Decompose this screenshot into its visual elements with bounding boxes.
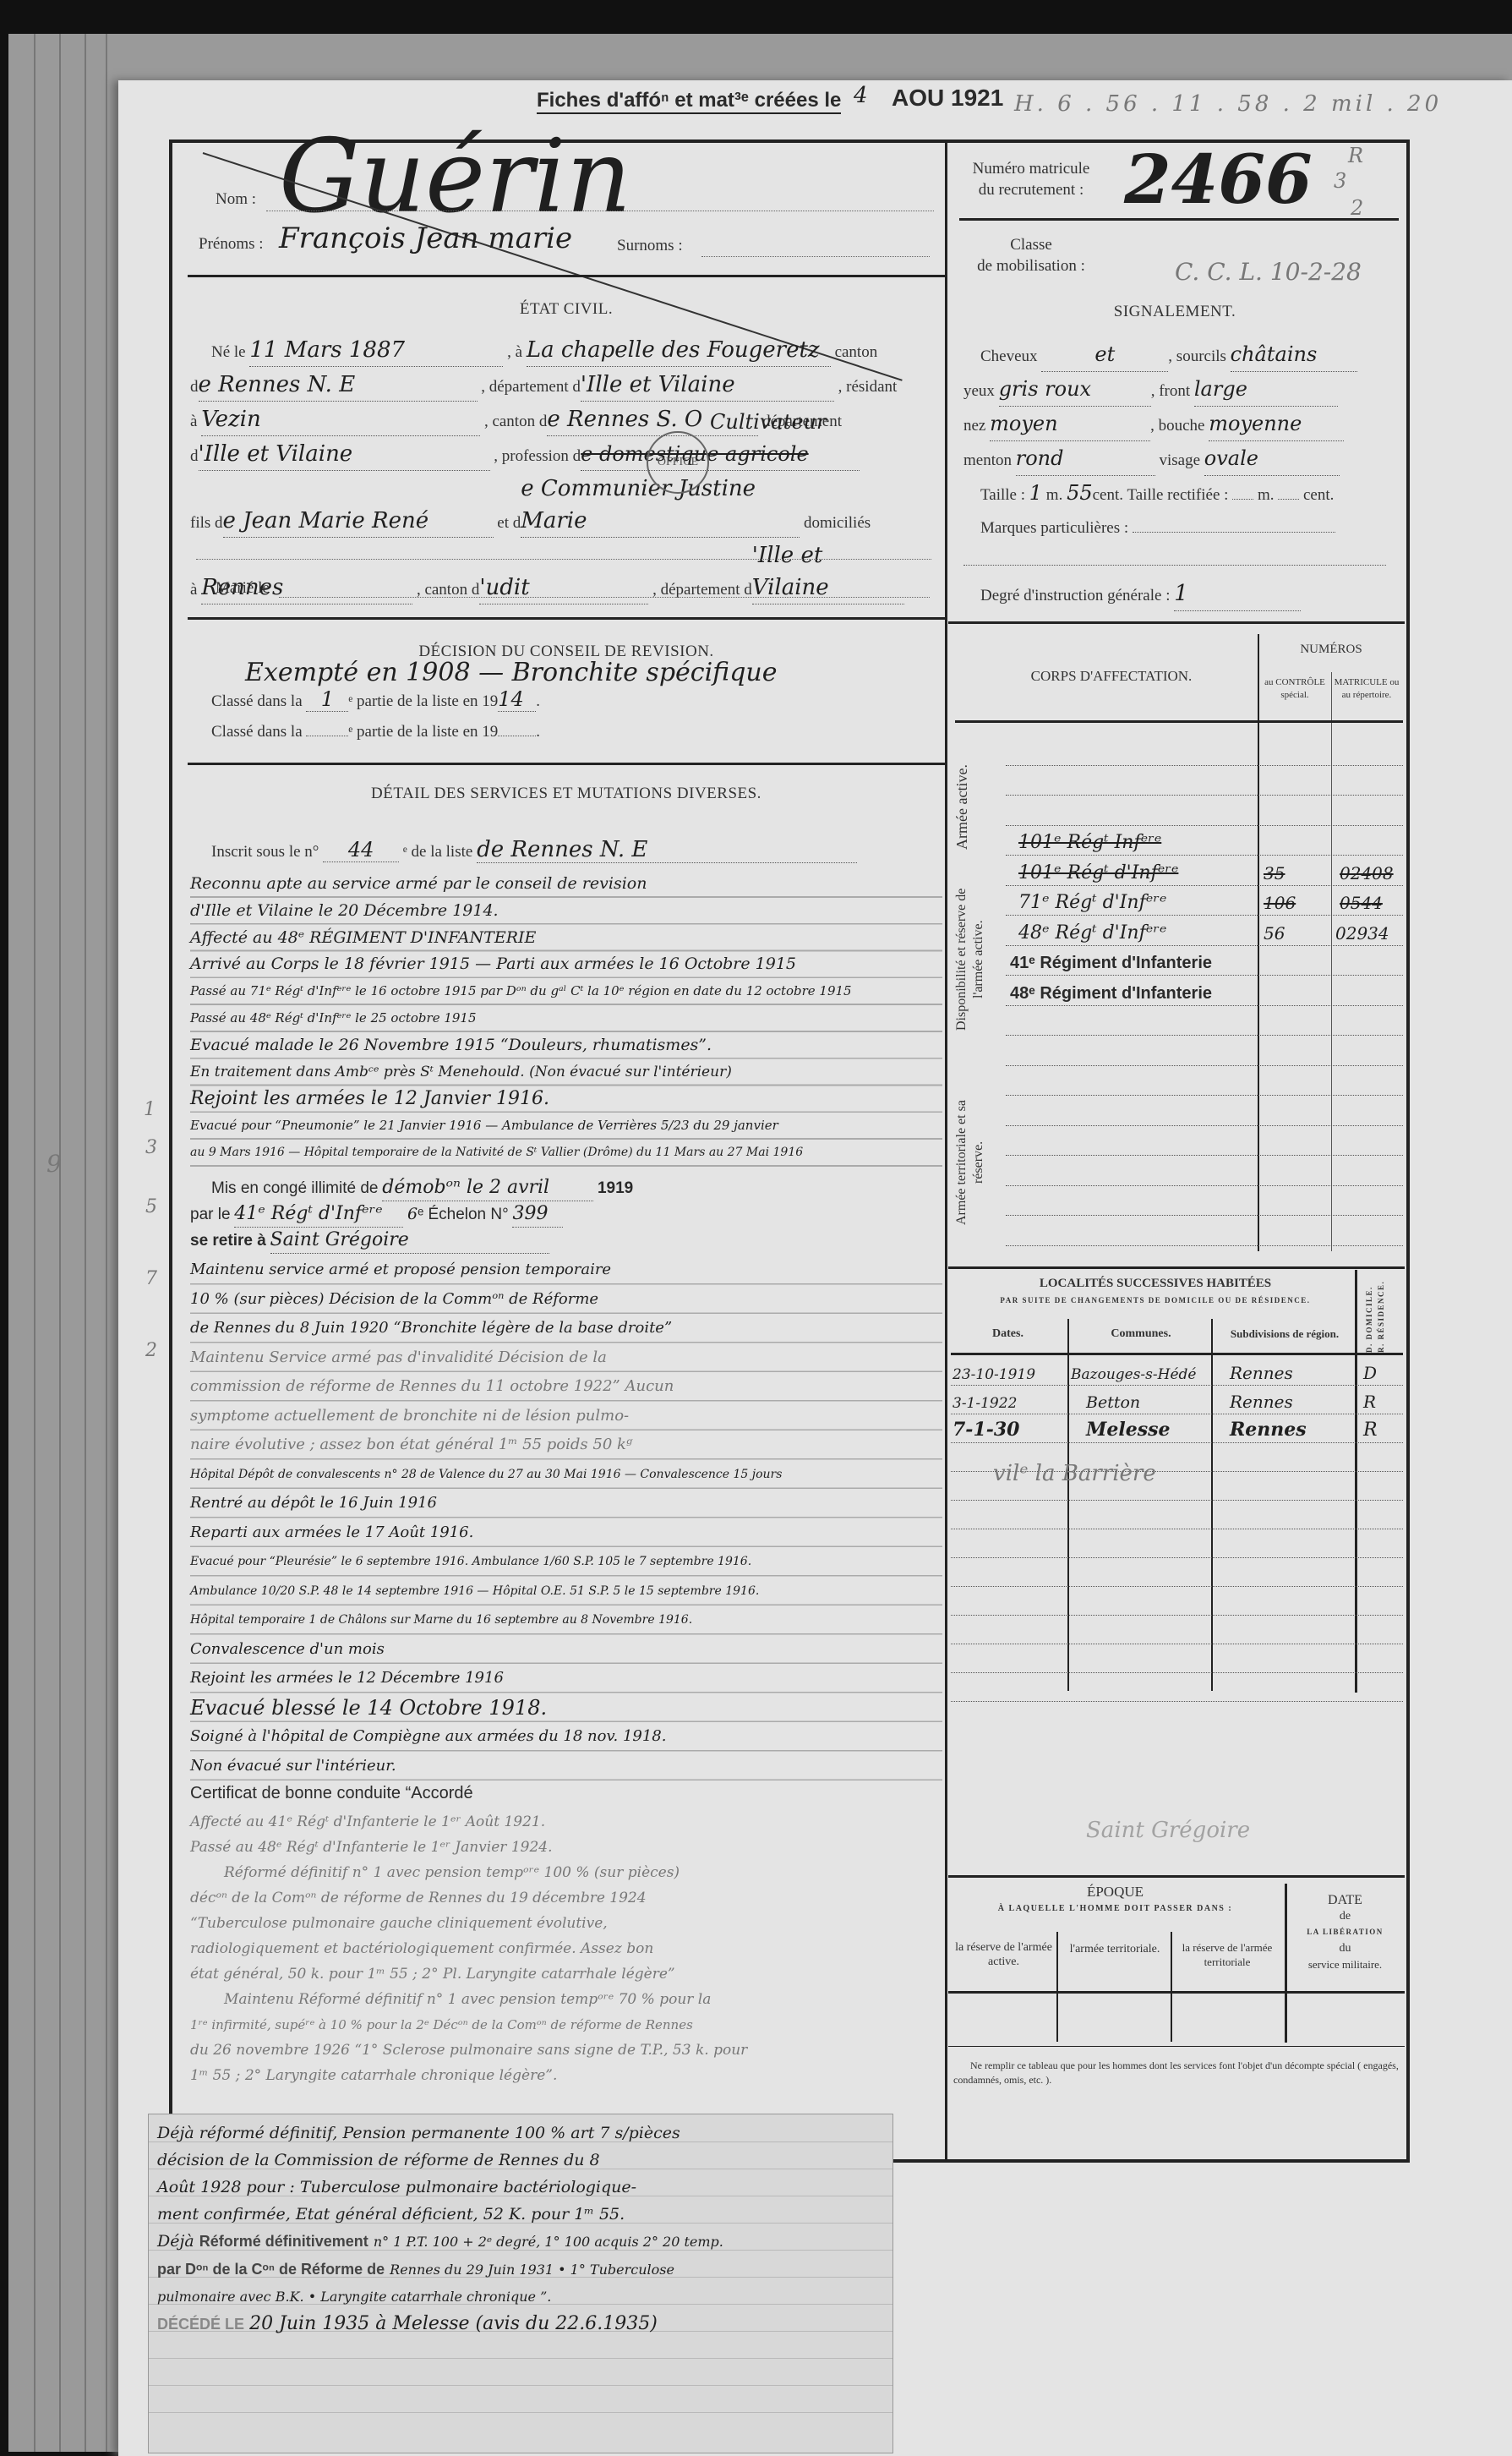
matricule-rule xyxy=(959,218,1399,221)
matricule-label-2: du recrutement : xyxy=(955,180,1107,201)
echelon-value: 399 xyxy=(512,1201,563,1228)
slip-line: Août 1928 pour : Tuberculose pulmonaire … xyxy=(157,2174,884,2201)
echelon-label: ᵉ Échelon N° xyxy=(418,1206,509,1223)
service-entry: Soigné à l'hôpital de Compiègne aux armé… xyxy=(190,1722,942,1752)
pere: e Jean Marie René xyxy=(223,505,494,538)
localite-dr: D xyxy=(1363,1363,1377,1383)
etat-civil-bottom-rule xyxy=(188,617,945,620)
classe-label: Classe de mobilisation : xyxy=(955,235,1107,276)
signalement-title: SIGNALEMENT. xyxy=(947,303,1403,321)
classe1-year: 14 xyxy=(498,687,536,712)
pasted-slip: Déjà réformé définitif, Pension permanen… xyxy=(148,2114,893,2453)
fiches-stamp-label: Fiches d'affóⁿ et mat³ᵉ créées le xyxy=(537,89,841,112)
inscrit-row: Inscrit sous le n° 44 ᵉ de la liste de R… xyxy=(211,837,857,863)
localite-subdivision: Rennes xyxy=(1230,1419,1307,1441)
margin-note: 1 xyxy=(144,1099,156,1120)
corps-row: 101ᵉ Régᵗ Infᵉʳᵉ xyxy=(1006,826,1403,856)
localites-bottom-rule xyxy=(948,1875,1405,1878)
degre-instruction: 1 xyxy=(1174,577,1301,611)
service-entry: Rejoint les armées le 12 Décembre 1916 xyxy=(190,1664,942,1693)
fiches-stamp-date: AOU 1921 xyxy=(892,85,1003,112)
corps-row xyxy=(1006,766,1403,796)
marques-label: Marques particulières : xyxy=(980,519,1128,537)
slip-decede-label: DÉCÉDÉ LE xyxy=(157,2316,244,2333)
service-entry: “Tuberculose pulmonaire gauche cliniquem… xyxy=(190,1911,942,1936)
localite-date: 23-10-1919 xyxy=(953,1366,1035,1383)
front-label: , front xyxy=(1151,382,1190,400)
localites-rows: 23-10-1919Bazouges-s-HédéRennesD 3-1-192… xyxy=(951,1357,1403,1702)
sourcils: châtains xyxy=(1231,338,1357,372)
taille-rect-m-label: m. xyxy=(1258,486,1275,504)
col-dates: Dates. xyxy=(951,1327,1065,1341)
surnoms-line xyxy=(701,255,930,257)
corps-row-empty xyxy=(1006,1096,1403,1126)
residence: Vezin xyxy=(201,403,480,436)
localites-subtitle: PAR SUITE DE CHANGEMENTS DE DOMICILE OU … xyxy=(948,1296,1362,1305)
classe1-label: Classé dans la xyxy=(211,692,303,710)
corps-row xyxy=(1006,736,1403,766)
corps-controle: 106 xyxy=(1264,893,1296,913)
inscrit-label: Inscrit sous le n° xyxy=(211,843,319,861)
visage: ovale xyxy=(1204,442,1340,476)
epoque-header-rule xyxy=(948,1991,1405,1994)
date-liberation-header: DATE de LA LIBÉRATION du service militai… xyxy=(1287,1892,1403,1972)
residence-departement: 'Ille et Vilaine xyxy=(199,438,490,471)
corps-name: 41ᵉ Régiment d'Infanterie xyxy=(1010,954,1212,973)
service-entry: Convalescence d'un mois xyxy=(190,1635,942,1665)
conge-block: Mis en congé illimité de démobᵒⁿ le 2 av… xyxy=(190,1175,942,1254)
service-entry: Maintenu Réformé définitif n° 1 avec pen… xyxy=(190,1987,942,2012)
service-entry: Reconnu apte au service armé par le cons… xyxy=(190,871,942,898)
service-entry: Reparti aux armées le 17 Août 1916. xyxy=(190,1518,942,1548)
domicilies-label: domiciliés xyxy=(804,514,871,532)
retire-value: Saint Grégoire xyxy=(270,1228,549,1254)
localite-row-empty xyxy=(951,1501,1403,1529)
classe2-mid: ᵉ partie de la liste en 19 xyxy=(348,723,498,741)
col-domicile-residence: D. DOMICILE. R. RÉSIDENCE. xyxy=(1363,1277,1397,1353)
matricule-label-1: Numéro matricule xyxy=(955,159,1107,180)
service-entry: Evacué malade le 26 Novembre 1915 “Doule… xyxy=(190,1032,942,1059)
corps-row-empty xyxy=(1006,1006,1403,1037)
corps-row: 48ᵉ Régiment d'Infanterie xyxy=(1006,976,1403,1006)
taille-rect-cent-label: cent. xyxy=(1303,486,1334,504)
service-entry: Passé au 48ᵉ Régᵗ d'Infanterie le 1ᵉʳ Ja… xyxy=(190,1835,942,1860)
taille-rect-label: Taille rectifiée : xyxy=(1127,486,1228,504)
localite-row: 23-10-1919Bazouges-s-HédéRennesD xyxy=(951,1357,1403,1386)
corps-name: 48ᵉ Régᵗ d'Infᵉʳᵉ xyxy=(1018,922,1166,944)
taille-m: 1 xyxy=(1029,481,1042,505)
classe2-label: Classé dans la xyxy=(211,723,303,741)
domicile-departement: 'Ille et Vilaine xyxy=(752,539,904,604)
service-entry: Passé au 71ᵉ Régᵗ d'Infᵉʳᵉ le 16 octobre… xyxy=(190,978,942,1005)
signalement-block: Cheveux et, sourcils châtains yeux gris … xyxy=(963,338,1403,612)
corps-matricule: 02934 xyxy=(1335,923,1389,944)
canton-label: canton xyxy=(835,343,878,361)
classe1-partie: 1 xyxy=(306,687,348,712)
localite-row: vilᵉ la Barrière xyxy=(951,1443,1403,1472)
menton: rond xyxy=(1016,442,1155,476)
signalement-bottom-rule xyxy=(948,621,1405,624)
date-sub1: de xyxy=(1287,1908,1403,1924)
slip-deja: Déjà xyxy=(157,2232,194,2251)
matricule-annotation-bottom: 2 xyxy=(1351,196,1363,220)
margin-note: 3 xyxy=(145,1137,157,1158)
corps-name: 101ᵉ Régᵗ d'Infᵉʳᵉ xyxy=(1018,862,1178,883)
slip-stamp-commission: par Dᵒⁿ de la Cᵒⁿ de Réforme de xyxy=(157,2261,385,2278)
slip-line: Déjà Réformé définitivement n° 1 P.T. 10… xyxy=(157,2228,884,2256)
date-title: DATE xyxy=(1287,1892,1403,1908)
taille-cent-label: cent. xyxy=(1093,486,1123,504)
localite-row: 7-1-30MelesseRennesR xyxy=(951,1414,1403,1443)
slip-line: par Dᵒⁿ de la Cᵒⁿ de Réforme de Rennes d… xyxy=(157,2256,884,2284)
cheveux-label: Cheveux xyxy=(980,347,1038,365)
localite-row-empty xyxy=(951,1558,1403,1587)
col-matricule: MATRICULE ou au répertoire. xyxy=(1333,676,1400,702)
prenoms-label: Prénoms : xyxy=(199,235,264,254)
marie-line xyxy=(279,596,930,598)
classe1-row: Classé dans la 1ᵉ partie de la liste en … xyxy=(211,687,540,712)
service-entry: état général, 50 k. pour 1ᵐ 55 ; 2° Pl. … xyxy=(190,1961,942,1987)
liste-label: ᵉ de la liste xyxy=(403,843,472,861)
corps-row-empty xyxy=(1006,1066,1403,1097)
domicile-canton: 'udit xyxy=(479,572,648,604)
localite-row-empty xyxy=(951,1587,1403,1616)
service-entry: Affecté au 48ᵉ RÉGIMENT D'INFANTERIE xyxy=(190,925,942,952)
service-entry: En traitement dans Ambᶜᵉ près Sᵗ Menehou… xyxy=(190,1059,942,1086)
slip-line: pulmonaire avec B.K. • Laryngite catarrh… xyxy=(157,2284,884,2311)
menton-label: menton xyxy=(963,451,1012,469)
date-sub2: LA LIBÉRATION xyxy=(1287,1924,1403,1940)
et-de-label: et d xyxy=(497,514,521,532)
slip-line: ment confirmée, Etat général déficient, … xyxy=(157,2201,884,2228)
service-entry: Rejoint les armées le 12 Janvier 1916. xyxy=(190,1086,942,1113)
service-entry: Hôpital Dépôt de convalescents n° 28 de … xyxy=(190,1460,942,1490)
fiches-stamp-day: 4 xyxy=(854,83,868,108)
par-le-value: 41ᵉ Régᵗ d'Infᵉʳᵉ xyxy=(234,1201,403,1228)
localite-row: 3-1-1922BettonRennesR xyxy=(951,1386,1403,1414)
certificat-bonne-conduite: Certificat de bonne conduite “Accordé xyxy=(190,1784,473,1803)
localite-date: 3-1-1922 xyxy=(953,1395,1017,1412)
localite-dr: R xyxy=(1363,1392,1376,1412)
corps-name: 101ᵉ Régᵗ Infᵉʳᵉ xyxy=(1018,832,1161,853)
cheveux: et xyxy=(1041,338,1168,372)
service-entry: symptome actuellement de bronchite ni de… xyxy=(190,1402,942,1431)
conge-year: 1919 xyxy=(598,1179,633,1197)
service-entry: Evacué pour “Pneumonie” le 21 Janvier 19… xyxy=(190,1113,942,1140)
matricule-label: Numéro matricule du recrutement : xyxy=(955,159,1107,200)
surnoms-label: Surnoms : xyxy=(617,237,683,255)
service-entry: Réformé définitif n° 1 avec pension temp… xyxy=(190,1860,942,1885)
corps-name: 48ᵉ Régiment d'Infanterie xyxy=(1010,984,1212,1004)
date-sub3: du xyxy=(1287,1940,1403,1956)
epoque-divider xyxy=(1056,1932,1058,2042)
numeros-title: NUMÉROS xyxy=(1259,643,1403,657)
service-entry: Affecté au 41ᵉ Régᵗ d'Infanterie le 1ᵉʳ … xyxy=(190,1809,942,1835)
faint-localite-note: Saint Grégoire xyxy=(1086,1818,1250,1843)
slip-line: Déjà réformé définitif, Pension permanen… xyxy=(157,2120,884,2147)
sourcils-label: , sourcils xyxy=(1168,347,1226,365)
nez: moyen xyxy=(990,408,1150,441)
service-entry: d'Ille et Vilaine le 20 Décembre 1914. xyxy=(190,898,942,925)
a-label: , à xyxy=(507,343,522,361)
corps-row xyxy=(1006,796,1403,826)
nez-label: nez xyxy=(963,417,985,435)
matricule-annotation-top: R xyxy=(1348,144,1363,167)
localite-commune: vilᵉ la Barrière xyxy=(993,1461,1156,1486)
service-entry: de Rennes du 8 Juin 1920 “Bronchite légè… xyxy=(190,1314,942,1343)
epoque-note: Ne remplir ce tableau que pour les homme… xyxy=(953,2059,1401,2087)
corps-row-empty xyxy=(1006,1216,1403,1246)
corps-matricule: 02408 xyxy=(1340,863,1394,883)
fiches-stamp: Fiches d'affóⁿ et mat³ᵉ créées le xyxy=(537,89,841,114)
margin-note: 9 xyxy=(46,1150,62,1178)
service-entry: Non évacué sur l'intérieur. xyxy=(190,1752,942,1781)
slip-commission-value: Rennes du 29 Juin 1931 • 1° Tuberculose xyxy=(390,2262,674,2278)
nom-label: Nom : xyxy=(216,190,256,209)
services-entries-1: Reconnu apte au service armé par le cons… xyxy=(190,871,942,1167)
bouche-label: , bouche xyxy=(1150,417,1204,435)
degre-label: Degré d'instruction générale : xyxy=(980,587,1170,604)
corps-rows: 101ᵉ Régᵗ Infᵉʳᵉ 101ᵉ Régᵗ d'Infᵉʳᵉ35024… xyxy=(1006,736,1403,1246)
col-communes: Communes. xyxy=(1069,1327,1213,1341)
par-le-label: par le xyxy=(190,1206,231,1223)
localite-subdivision: Rennes xyxy=(1230,1392,1293,1412)
etat-civil-rule xyxy=(196,558,931,560)
service-entry: Rentré au dépôt le 16 Juin 1916 xyxy=(190,1489,942,1518)
localite-row-empty xyxy=(951,1673,1403,1702)
col-subdivisions: Subdivisions de région. xyxy=(1213,1327,1356,1341)
prenoms: François Jean marie xyxy=(279,222,572,255)
services-entries-2: Maintenu service armé et proposé pension… xyxy=(190,1255,942,1780)
conseil-decision: Exempté en 1908 — Bronchite spécifique xyxy=(245,658,777,687)
taille-label: Taille : xyxy=(980,486,1025,504)
corps-matricule: 0544 xyxy=(1340,893,1383,913)
etat-civil-block: Né le 11 Mars 1887 , à La chapelle des F… xyxy=(190,334,942,606)
service-entry: naire évolutive ; assez bon état général… xyxy=(190,1430,942,1460)
epoque-col-reserve-territoriale: la réserve de l'armée territoriale xyxy=(1173,1940,1281,1969)
service-entry: 10 % (sur pièces) Décision de la Commᵒⁿ … xyxy=(190,1285,942,1315)
bouche: moyenne xyxy=(1209,408,1344,441)
service-entry: radiologiquement et bactériologiquement … xyxy=(190,1936,942,1961)
classe-label-2: de mobilisation : xyxy=(955,256,1107,277)
retire-label: se retire à xyxy=(190,1232,266,1250)
etat-civil-title: ÉTAT CIVIL. xyxy=(188,300,945,319)
liste-value: de Rennes N. E xyxy=(477,837,857,863)
service-entry: Ambulance 10/20 S.P. 48 le 14 septembre … xyxy=(190,1577,942,1606)
localites-header-rule xyxy=(951,1353,1403,1355)
localite-subdivision: Rennes xyxy=(1230,1363,1293,1383)
dom-a-label: à xyxy=(190,581,197,599)
localite-commune: Betton xyxy=(1086,1393,1140,1412)
epoque-col-reserve-active: la réserve de l'armée active. xyxy=(951,1940,1056,1969)
localite-date: 7-1-30 xyxy=(953,1419,1020,1441)
service-entry: Arrivé au Corps le 18 février 1915 — Par… xyxy=(190,951,942,978)
conge-label: Mis en congé illimité de xyxy=(190,1179,378,1197)
corps-title: CORPS D'AFFECTATION. xyxy=(959,668,1264,685)
localite-commune: Melesse xyxy=(1086,1419,1170,1441)
corps-row: 101ᵉ Régᵗ d'Infᵉʳᵉ3502408 xyxy=(1006,856,1403,886)
inscrit-num: 44 xyxy=(323,838,399,862)
residant-canton-label: , canton d xyxy=(484,413,547,430)
corps-row-empty xyxy=(1006,1126,1403,1157)
front: large xyxy=(1194,373,1338,407)
group-armee-active: Armée active. xyxy=(953,744,971,871)
slip-line: DÉCÉDÉ LE 20 Juin 1935 à Melesse (avis d… xyxy=(157,2311,884,2338)
taille-m-label: m. xyxy=(1046,486,1063,504)
lieu-naissance: La chapelle des Fougeretz xyxy=(527,334,831,367)
service-entry: Maintenu service armé et proposé pension… xyxy=(190,1255,942,1285)
slip-stamp-reforme: Réformé définitivement xyxy=(199,2233,368,2250)
matricule-annotation-mid: 3 xyxy=(1334,169,1346,193)
nom-line xyxy=(266,210,934,211)
service-entry: commission de réforme de Rennes du 11 oc… xyxy=(190,1372,942,1402)
matricule-value: 2466 xyxy=(1124,139,1313,219)
group-disponibilite: Disponibilité et réserve de l'armée acti… xyxy=(953,871,989,1048)
column-divider xyxy=(945,139,947,2160)
marie-label: Marié le xyxy=(216,579,270,598)
margin-note: 7 xyxy=(145,1268,157,1289)
group-territoriale: Armée territoriale et sa réserve. xyxy=(953,1078,989,1247)
taille-cm: 55 xyxy=(1067,481,1093,505)
slip-text: Déjà réformé définitif, Pension permanen… xyxy=(157,2120,884,2338)
epoque-subtitle: À LAQUELLE L'HOMME DOIT PASSER DANS : xyxy=(948,1904,1282,1913)
slip-reforme-value: n° 1 P.T. 100 + 2ᵉ degré, 1° 100 acquis … xyxy=(374,2234,723,2250)
margin-note: 5 xyxy=(145,1196,157,1217)
date-sub4: service militaire. xyxy=(1287,1956,1403,1972)
service-entry: Evacué pour “Pleurésie” le 6 septembre 1… xyxy=(190,1547,942,1577)
yeux-label: yeux xyxy=(963,382,995,400)
date-naissance: 11 Mars 1887 xyxy=(249,334,503,367)
service-entry: Evacué blessé le 14 Octobre 1918. xyxy=(190,1693,942,1723)
profession-corrected: Cultivateur xyxy=(710,410,826,434)
profession-label: , profession d xyxy=(494,447,581,465)
localite-commune: Bazouges-s-Hédé xyxy=(1071,1366,1196,1383)
service-entry: Maintenu Service armé pas d'invalidité D… xyxy=(190,1343,942,1373)
residant-a-label: à xyxy=(190,413,197,430)
classe2-partie xyxy=(306,736,348,736)
service-entry: décᵒⁿ de la Comᵒⁿ de réforme de Rennes d… xyxy=(190,1885,942,1911)
col-controle: au CONTRÔLE spécial. xyxy=(1261,676,1329,702)
classe1-mid: ᵉ partie de la liste en 19 xyxy=(348,692,498,710)
conge-value: démobᵒⁿ le 2 avril xyxy=(382,1175,593,1201)
service-entry: Passé au 48ᵉ Régᵗ d'Infᵉʳᵉ le 25 octobre… xyxy=(190,1005,942,1032)
epoque-bottom-rule xyxy=(948,2046,1405,2047)
corps-row: 71ᵉ Régᵗ d'Infᵉʳᵉ1060544 xyxy=(1006,886,1403,916)
identity-rule xyxy=(188,275,945,277)
localite-row-empty xyxy=(951,1529,1403,1558)
residant-label: , résidant xyxy=(838,378,898,396)
canton-naissance: e Rennes N. E xyxy=(199,369,478,402)
classe2-year xyxy=(498,736,536,736)
localite-row-empty xyxy=(951,1616,1403,1644)
page-edge xyxy=(8,34,107,2452)
corps-row: 41ᵉ Régiment d'Infanterie xyxy=(1006,946,1403,976)
localite-dr: R xyxy=(1363,1419,1378,1441)
office-stamp: OFFICE xyxy=(647,431,709,494)
visage-label: visage xyxy=(1160,451,1201,469)
echelon-num: 6 xyxy=(407,1205,418,1223)
services-entries-3: Affecté au 41ᵉ Régᵗ d'Infanterie le 1ᵉʳ … xyxy=(190,1809,942,2088)
service-entry: 1ᵐ 55 ; 2° Laryngite catarrhale chroniqu… xyxy=(190,2063,942,2088)
conseil-bottom-rule xyxy=(188,763,945,765)
service-entry: au 9 Mars 1916 — Hôpital temporaire de l… xyxy=(190,1140,942,1167)
corps-row-empty xyxy=(1006,1156,1403,1186)
service-entry: du 26 novembre 1926 “1° Sclerose pulmona… xyxy=(190,2038,942,2063)
departement-label: , département d xyxy=(481,378,581,396)
localites-title: LOCALITÉS SUCCESSIVES HABITÉES xyxy=(948,1277,1362,1291)
classe-value: C. C. L. 10-2-28 xyxy=(1175,258,1362,286)
corps-controle: 35 xyxy=(1264,863,1285,883)
epoque-title: ÉPOQUE xyxy=(948,1884,1282,1901)
profession-struck: e domestique agricole xyxy=(581,438,860,471)
localite-row-empty xyxy=(951,1644,1403,1673)
corps-bottom-rule xyxy=(948,1266,1405,1269)
corps-row-empty xyxy=(1006,1036,1403,1066)
departement-naissance: 'Ille et Vilaine xyxy=(581,369,834,402)
epoque-divider xyxy=(1171,1932,1172,2042)
margin-note: 2 xyxy=(145,1340,157,1361)
services-title: DÉTAIL DES SERVICES ET MUTATIONS DIVERSE… xyxy=(188,785,945,803)
residant-dept-prefix: d xyxy=(190,447,199,465)
epoque-col-territoriale: l'armée territoriale. xyxy=(1061,1940,1169,1959)
pencil-reference: H. 6 . 56 . 11 . 58 . 2 mil . 20 xyxy=(1014,91,1442,117)
slip-line: décision de la Commission de réforme de … xyxy=(157,2147,884,2174)
corps-name: 71ᵉ Régᵗ d'Infᵉʳᵉ xyxy=(1018,892,1166,913)
corps-controle: 56 xyxy=(1264,923,1285,944)
slip-decede-value: 20 Juin 1935 à Melesse (avis du 22.6.193… xyxy=(249,2313,658,2334)
surname: Guérin xyxy=(279,127,631,228)
corps-row-empty xyxy=(1006,1186,1403,1217)
canton-prefix: d xyxy=(190,378,199,396)
yeux: gris roux xyxy=(999,373,1151,407)
service-entry: Hôpital temporaire 1 de Châlons sur Marn… xyxy=(190,1605,942,1635)
corps-header-rule xyxy=(955,720,1403,723)
classe2-row: Classé dans la ᵉ partie de la liste en 1… xyxy=(211,723,540,741)
service-entry: 1ʳᵉ infirmité, supéʳᵉ à 10 % pour la 2ᵉ … xyxy=(190,2012,942,2038)
ne-le-label: Né le xyxy=(211,343,246,361)
classe-label-1: Classe xyxy=(955,235,1107,256)
corps-row: 48ᵉ Régᵗ d'Infᵉʳᵉ5602934 xyxy=(1006,916,1403,946)
fils-label: fils d xyxy=(190,514,223,532)
